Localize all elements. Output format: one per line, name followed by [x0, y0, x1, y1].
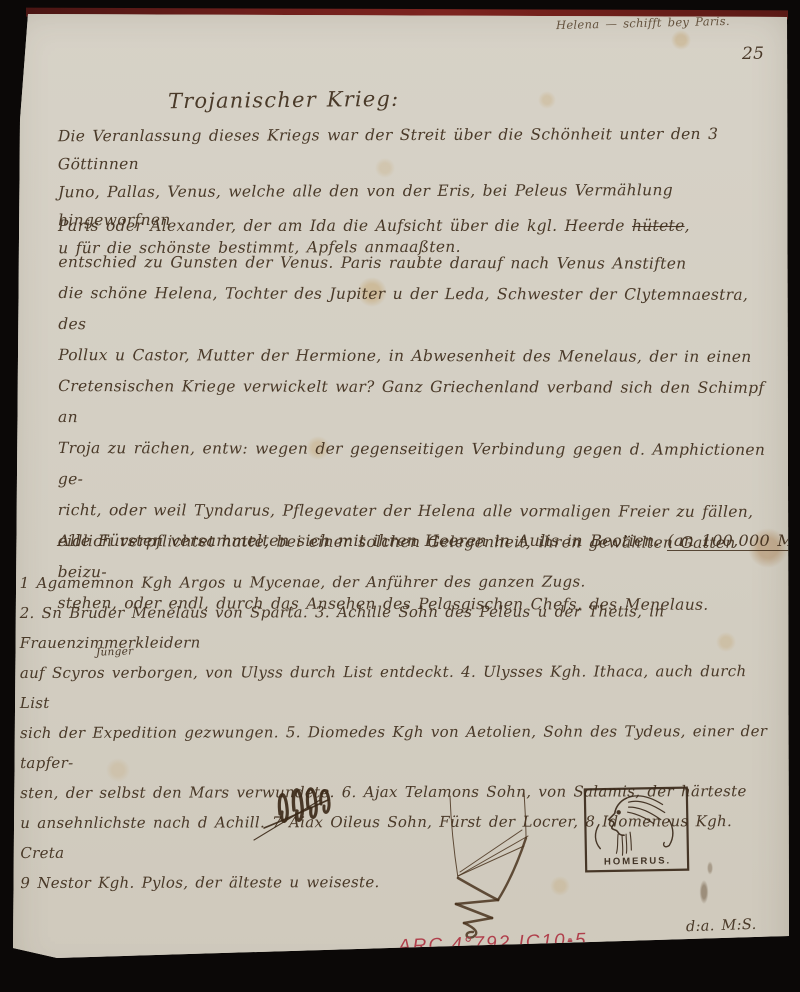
scan-background: Helena — schifft bey Paris. 25 Trojanisc…	[0, 0, 800, 992]
initials-note: d:a. M:S.	[686, 917, 757, 935]
muster-line: Alle Fürsten versammelten sich mit ihren…	[58, 531, 788, 550]
pen-sketch	[420, 786, 562, 940]
paragraph-paris-line1: Paris oder Alexander, der am Ida die Auf…	[58, 217, 788, 235]
page-title: Trojanischer Krieg:	[168, 87, 400, 113]
homerus-portrait: HOMERUS.	[582, 785, 692, 875]
ink-scribble	[250, 766, 362, 842]
paragraph-origin-of-war: Die Veranlassung dieses Kriegs war der S…	[58, 120, 774, 262]
muster-text: Alle Fürsten versammelten sich mit ihren…	[58, 531, 667, 550]
paris-line1-struck-word: hütete	[632, 217, 685, 235]
paris-line1-tail: ,	[685, 217, 690, 235]
troop-count-underlined: (an 100,000 Mann, 1000 Sch.	[667, 531, 800, 551]
homerus-caption: HOMERUS.	[583, 855, 691, 868]
paris-line1-text: Paris oder Alexander, der am Ida die Auf…	[58, 217, 632, 235]
paragraph-paris-rest: entschied zu Gunsten der Venus. Paris ra…	[58, 247, 783, 621]
red-speck	[575, 950, 578, 953]
red-speck	[568, 938, 572, 942]
manuscript-page: Helena — schifft bey Paris. 25 Trojanisc…	[0, 0, 800, 992]
interline-correction: Jünger	[96, 645, 134, 658]
page-number: 25	[742, 44, 764, 64]
